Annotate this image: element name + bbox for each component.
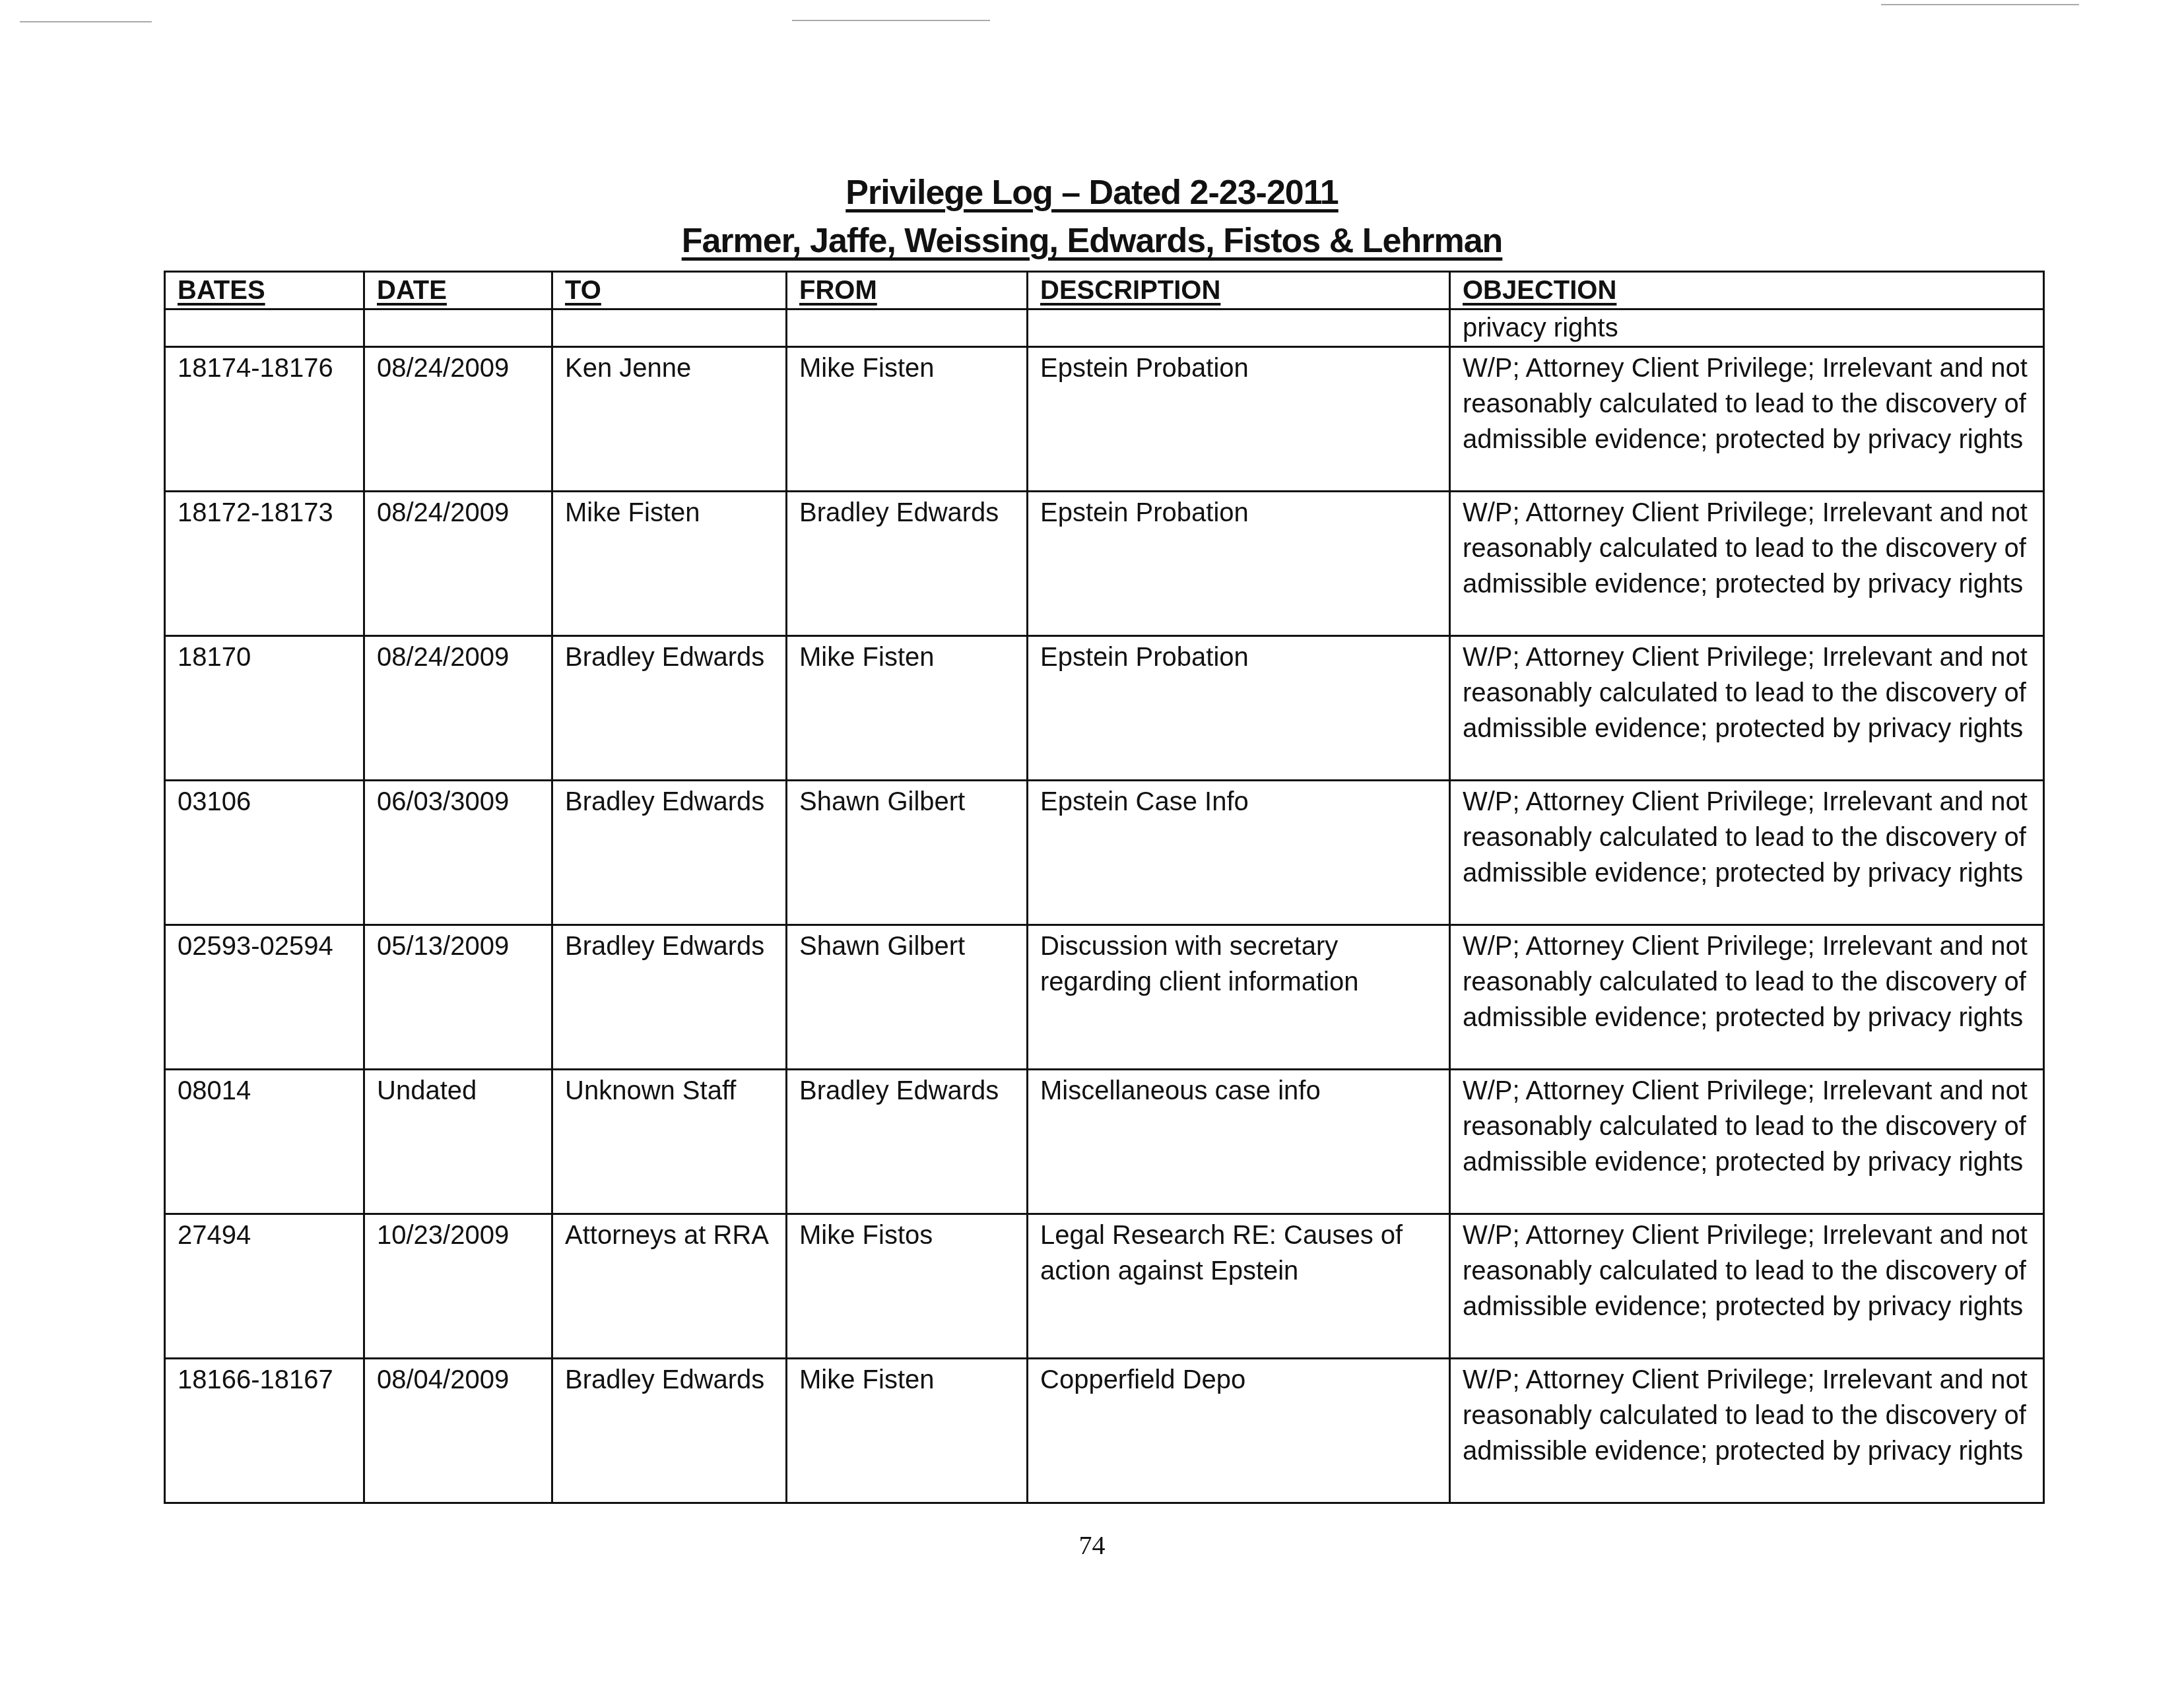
cell-to: Unknown Staff [552,1070,787,1214]
cell-description: Epstein Case Info [1028,781,1450,925]
table-row: 2749410/23/2009Attorneys at RRAMike Fist… [165,1214,2044,1359]
cell-bates: 27494 [165,1214,364,1359]
cell-from: Bradley Edwards [787,492,1028,636]
cell-from: Shawn Gilbert [787,925,1028,1070]
cell-objection: W/P; Attorney Client Privilege; Irreleva… [1450,1214,2044,1359]
scan-artifact [20,21,152,22]
table-row: 0310606/03/3009Bradley EdwardsShawn Gilb… [165,781,2044,925]
cell-objection: W/P; Attorney Client Privilege; Irreleva… [1450,781,2044,925]
cell-from: Mike Fisten [787,1359,1028,1503]
cell-bates [165,309,364,347]
cell-description: Epstein Probation [1028,636,1450,781]
cell-from: Mike Fistos [787,1214,1028,1359]
cell-description [1028,309,1450,347]
column-header-description: DESCRIPTION [1028,272,1450,309]
cell-date [364,309,552,347]
cell-description: Discussion with secretary regarding clie… [1028,925,1450,1070]
document-title: Privilege Log – Dated 2-23-2011 [0,173,2184,212]
cell-date: 05/13/2009 [364,925,552,1070]
cell-date: 06/03/3009 [364,781,552,925]
cell-description: Miscellaneous case info [1028,1070,1450,1214]
cell-date: 10/23/2009 [364,1214,552,1359]
cell-description: Legal Research RE: Causes of action agai… [1028,1214,1450,1359]
cell-bates: 08014 [165,1070,364,1214]
cell-to: Bradley Edwards [552,636,787,781]
table-row: 18174-1817608/24/2009Ken JenneMike Fiste… [165,347,2044,492]
cell-bates: 02593-02594 [165,925,364,1070]
cell-to: Ken Jenne [552,347,787,492]
cell-date: 08/24/2009 [364,347,552,492]
cell-to: Attorneys at RRA [552,1214,787,1359]
cell-date: 08/24/2009 [364,492,552,636]
table-header-row: BATES DATE TO FROM DESCRIPTION OBJECTION [165,272,2044,309]
table-row: 1817008/24/2009Bradley EdwardsMike Fiste… [165,636,2044,781]
cell-bates: 18170 [165,636,364,781]
column-header-objection: OBJECTION [1450,272,2044,309]
cell-objection: W/P; Attorney Client Privilege; Irreleva… [1450,492,2044,636]
cell-to: Bradley Edwards [552,1359,787,1503]
column-header-bates: BATES [165,272,364,309]
table-row: 18172-1817308/24/2009Mike FistenBradley … [165,492,2044,636]
cell-objection: privacy rights [1450,309,2044,347]
column-header-from: FROM [787,272,1028,309]
cell-from: Shawn Gilbert [787,781,1028,925]
cell-to: Bradley Edwards [552,925,787,1070]
cell-to: Mike Fisten [552,492,787,636]
cell-date: 08/24/2009 [364,636,552,781]
cell-description: Epstein Probation [1028,347,1450,492]
cell-bates: 18172-18173 [165,492,364,636]
column-header-to: TO [552,272,787,309]
cell-to [552,309,787,347]
cell-from: Bradley Edwards [787,1070,1028,1214]
carryover-row: privacy rights [165,309,2044,347]
cell-objection: W/P; Attorney Client Privilege; Irreleva… [1450,347,2044,492]
table-row: 08014UndatedUnknown StaffBradley Edwards… [165,1070,2044,1214]
scan-artifact [792,20,990,21]
document-subtitle-firm: Farmer, Jaffe, Weissing, Edwards, Fistos… [0,221,2184,261]
cell-from: Mike Fisten [787,636,1028,781]
table-row: 18166-1816708/04/2009Bradley EdwardsMike… [165,1359,2044,1503]
scan-artifact [1881,4,2079,5]
column-header-date: DATE [364,272,552,309]
privilege-log-table: BATES DATE TO FROM DESCRIPTION OBJECTION… [164,271,2045,1504]
cell-to: Bradley Edwards [552,781,787,925]
cell-bates: 03106 [165,781,364,925]
cell-bates: 18166-18167 [165,1359,364,1503]
cell-description: Epstein Probation [1028,492,1450,636]
cell-date: Undated [364,1070,552,1214]
cell-objection: W/P; Attorney Client Privilege; Irreleva… [1450,1359,2044,1503]
cell-objection: W/P; Attorney Client Privilege; Irreleva… [1450,925,2044,1070]
cell-objection: W/P; Attorney Client Privilege; Irreleva… [1450,1070,2044,1214]
cell-date: 08/04/2009 [364,1359,552,1503]
table-row: 02593-0259405/13/2009Bradley EdwardsShaw… [165,925,2044,1070]
cell-bates: 18174-18176 [165,347,364,492]
page-number: 74 [0,1530,2184,1561]
cell-description: Copperfield Depo [1028,1359,1450,1503]
cell-objection: W/P; Attorney Client Privilege; Irreleva… [1450,636,2044,781]
cell-from: Mike Fisten [787,347,1028,492]
cell-from [787,309,1028,347]
